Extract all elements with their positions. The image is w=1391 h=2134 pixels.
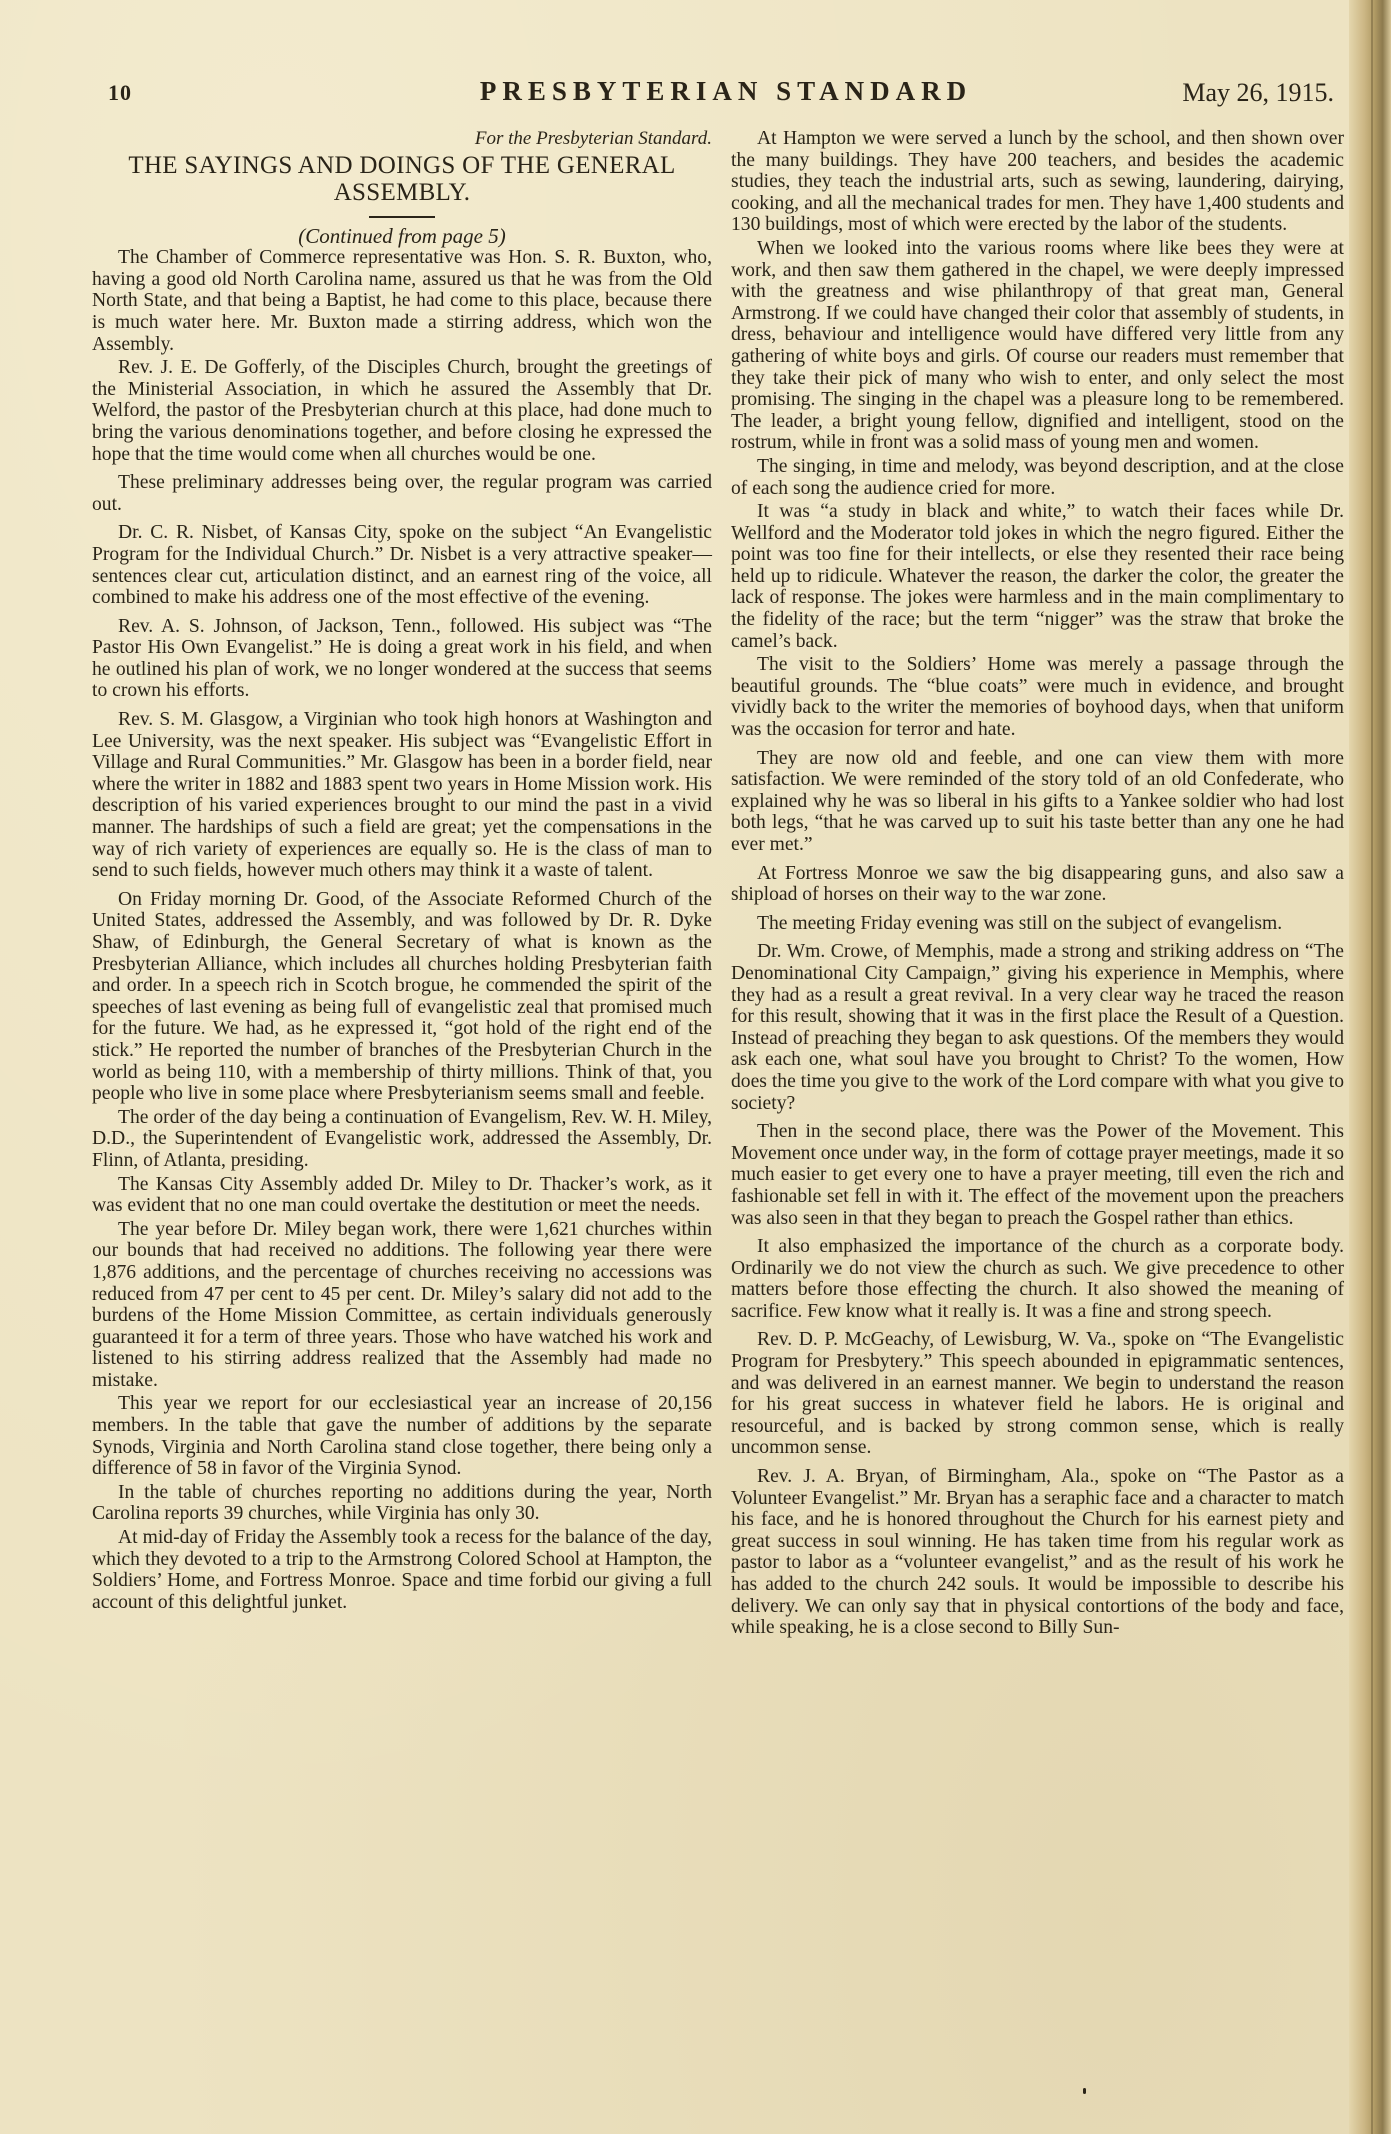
page-binding-edge bbox=[1349, 0, 1391, 2134]
paragraph-fortress-monroe: At Fortress Monroe we saw the big disapp… bbox=[731, 863, 1344, 906]
paragraph-power-of-movement: Then in the second place, there was the … bbox=[731, 1121, 1344, 1229]
title-divider bbox=[369, 216, 435, 218]
paragraph-crowe: Dr. Wm. Crowe, of Memphis, made a strong… bbox=[731, 941, 1344, 1114]
paragraph-bryan: Rev. J. A. Bryan, of Birmingham, Ala., s… bbox=[731, 1466, 1344, 1639]
paragraph-recess: At mid-day of Friday the Assembly took a… bbox=[92, 1527, 712, 1613]
paragraph-hampton: At Hampton we were served a lunch by the… bbox=[731, 128, 1344, 236]
binding-crease bbox=[1371, 0, 1373, 2134]
left-column: For the Presbyterian Standard. THE SAYIN… bbox=[92, 128, 712, 1615]
paragraph-de-gofferly: Rev. J. E. De Gofferly, of the Disciples… bbox=[92, 357, 712, 465]
paragraph-nisbet: Dr. C. R. Nisbet, of Kansas City, spoke … bbox=[92, 522, 712, 608]
continued-from-note: (Continued from page 5) bbox=[92, 226, 712, 248]
paragraph-singing: The singing, in time and melody, was bey… bbox=[731, 456, 1344, 499]
ink-speck bbox=[1083, 2088, 1086, 2094]
paragraph-miley: The order of the day being a continuatio… bbox=[92, 1107, 712, 1172]
paragraph-no-additions: In the table of churches reporting no ad… bbox=[92, 1482, 712, 1525]
issue-date: May 26, 1915. bbox=[1182, 78, 1334, 108]
paragraph-year-before: The year before Dr. Miley began work, th… bbox=[92, 1219, 712, 1392]
paragraph-friday-evening: The meeting Friday evening was still on … bbox=[731, 913, 1344, 935]
paragraph-black-and-white: It was “a study in black and white,” to … bbox=[731, 501, 1344, 652]
paragraph-old-and-feeble: They are now old and feeble, and one can… bbox=[731, 748, 1344, 856]
paragraph-friday-morning: On Friday morning Dr. Good, of the Assoc… bbox=[92, 889, 712, 1105]
paragraph-johnson: Rev. A. S. Johnson, of Jackson, Tenn., f… bbox=[92, 616, 712, 702]
paragraph-glasgow: Rev. S. M. Glasgow, a Virginian who took… bbox=[92, 709, 712, 882]
article-title: THE SAYINGS AND DOINGS OF THE GENERAL AS… bbox=[92, 152, 712, 206]
paragraph-increase: This year we report for our ecclesiastic… bbox=[92, 1393, 712, 1479]
right-column: At Hampton we were served a lunch by the… bbox=[731, 128, 1344, 1646]
paragraph-rooms: When we looked into the various rooms wh… bbox=[731, 238, 1344, 454]
publication-title: PRESBYTERIAN STANDARD bbox=[108, 76, 1344, 107]
paragraph-soldiers-home: The visit to the Soldiers’ Home was mere… bbox=[731, 654, 1344, 740]
paragraph-kansas-city: The Kansas City Assembly added Dr. Miley… bbox=[92, 1174, 712, 1217]
article-byline: For the Presbyterian Standard. bbox=[92, 128, 712, 150]
paragraph-mcgeachy: Rev. D. P. McGeachy, of Lewisburg, W. Va… bbox=[731, 1329, 1344, 1459]
paragraph-corporate-body: It also emphasized the importance of the… bbox=[731, 1236, 1344, 1322]
paragraph-preliminary: These preliminary addresses being over, … bbox=[92, 472, 712, 515]
running-head: 10 PRESBYTERIAN STANDARD May 26, 1915. bbox=[108, 76, 1344, 112]
paragraph-buxton: The Chamber of Commerce representative w… bbox=[92, 247, 712, 355]
